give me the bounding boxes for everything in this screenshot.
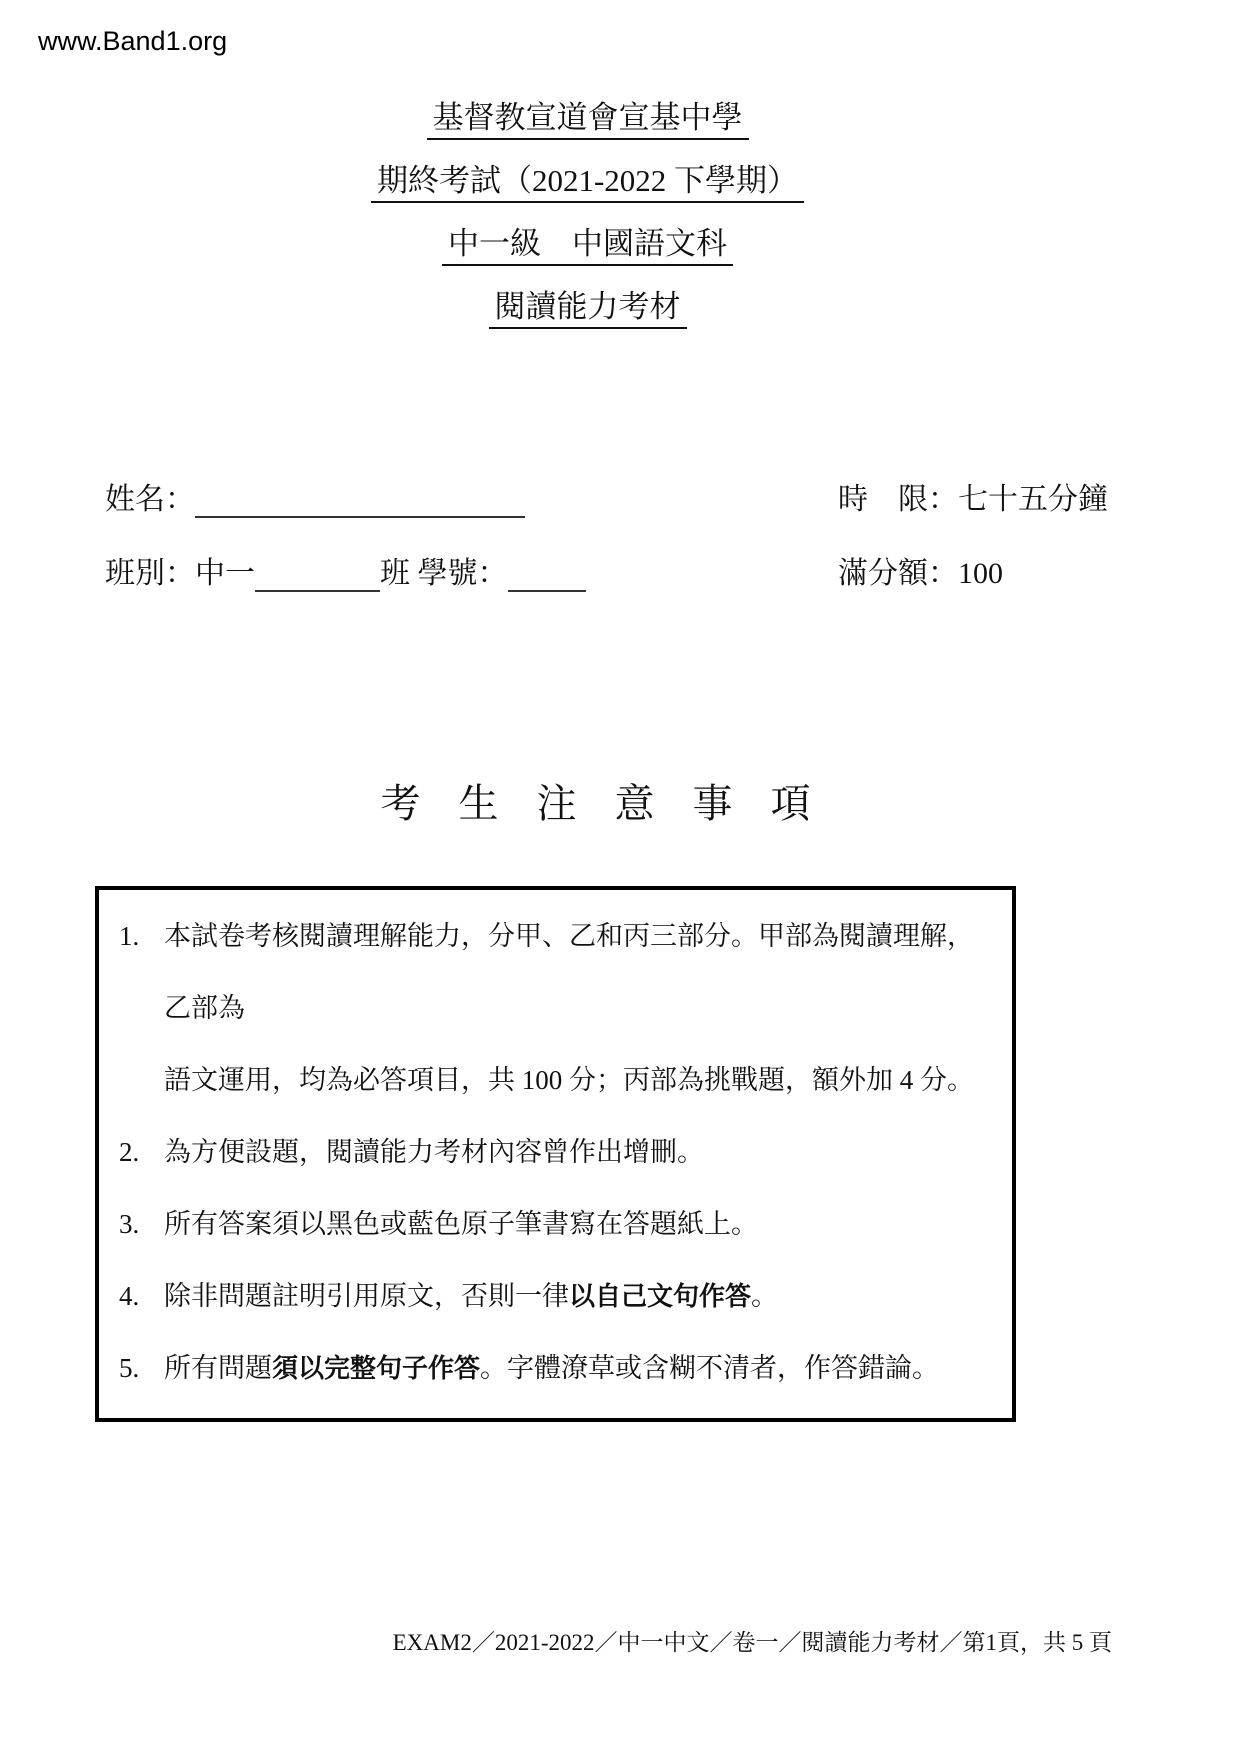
exam-session-line: 期終考試（2021-2022 下學期） <box>0 163 1175 203</box>
candidate-notes-heading: 考 生 注 意 事 項 <box>0 772 1205 829</box>
note-text: 所有答案須以黑色或藍色原子筆書寫在答題紙上。 <box>164 1209 758 1239</box>
paper-name: 閱讀能力考材 <box>489 289 687 329</box>
grade-subject-line: 中一級 中國語文科 <box>0 226 1175 266</box>
note-number: 3. <box>119 1188 164 1260</box>
student-no-blank-line <box>508 558 586 592</box>
note-text-bold: 以自己文句作答 <box>569 1281 751 1311</box>
name-label: 姓名： <box>105 483 195 516</box>
note-item: 5.所有問題須以完整句子作答。字體潦草或含糊不清者，作答錯論。 <box>99 1332 1012 1404</box>
name-field-row: 姓名： <box>105 474 525 518</box>
note-text: 除非問題註明引用原文，否則一律 <box>164 1281 569 1311</box>
name-blank-line <box>195 484 525 518</box>
student-no-label: 學號： <box>418 557 508 590</box>
school-name: 基督教宣道會宣基中學 <box>427 100 749 140</box>
time-limit-label: 時 限： <box>838 483 958 516</box>
note-item: 4.除非問題註明引用原文，否則一律以自己文句作答。 <box>99 1260 1012 1332</box>
site-watermark: www.Band1.org <box>38 26 227 57</box>
full-marks-label: 滿分額： <box>838 557 958 590</box>
notes-list: 1.本試卷考核閱讀理解能力，分甲、乙和丙三部分。甲部為閱讀理解，乙部為語文運用，… <box>99 900 1012 1404</box>
note-text: 為方便設題，閱讀能力考材內容曾作出增刪。 <box>164 1137 704 1167</box>
note-text: 所有問題 <box>164 1353 272 1383</box>
paper-name-line: 閱讀能力考材 <box>0 289 1175 329</box>
note-item: 3.所有答案須以黑色或藍色原子筆書寫在答題紙上。 <box>99 1188 1012 1260</box>
note-item: 2.為方便設題，閱讀能力考材內容曾作出增刪。 <box>99 1116 1012 1188</box>
note-number: 5. <box>119 1332 164 1404</box>
time-limit-value: 七十五分鐘 <box>958 483 1108 516</box>
page-footer: EXAM2／2021-2022／中一中文／卷一／閱讀能力考材／第1頁，共 5 頁 <box>393 1624 1112 1657</box>
note-text-bold: 須以完整句子作答 <box>272 1353 480 1383</box>
full-marks-value: 100 <box>958 557 1003 590</box>
note-number: 1. <box>119 900 164 972</box>
note-item: 1.本試卷考核閱讀理解能力，分甲、乙和丙三部分。甲部為閱讀理解，乙部為語文運用，… <box>99 900 1012 1116</box>
school-name-line: 基督教宣道會宣基中學 <box>0 100 1175 140</box>
class-field-row: 班別：中一班 學號： <box>105 548 586 592</box>
exam-cover-page: www.Band1.org 基督教宣道會宣基中學 期終考試（2021-2022 … <box>0 0 1240 1754</box>
exam-title-block: 基督教宣道會宣基中學 期終考試（2021-2022 下學期） 中一級 中國語文科… <box>0 100 1175 352</box>
note-text: 本試卷考核閱讀理解能力，分甲、乙和丙三部分。甲部為閱讀理解，乙部為 <box>164 921 974 1023</box>
note-text: 。 <box>751 1281 778 1311</box>
note-number: 2. <box>119 1116 164 1188</box>
note-number: 4. <box>119 1260 164 1332</box>
full-marks-row: 滿分額：100 <box>838 548 1003 592</box>
candidate-notes-box: 1.本試卷考核閱讀理解能力，分甲、乙和丙三部分。甲部為閱讀理解，乙部為語文運用，… <box>95 886 1016 1422</box>
class-blank-line <box>255 558 380 592</box>
class-suffix-label: 班 <box>380 557 418 590</box>
exam-session: 期終考試（2021-2022 下學期） <box>371 163 804 203</box>
time-limit-row: 時 限：七十五分鐘 <box>838 474 1108 518</box>
note-text: 語文運用，均為必答項目，共 100 分；丙部為挑戰題，額外加 4 分。 <box>164 1065 974 1095</box>
class-label: 班別：中一 <box>105 557 255 590</box>
grade-subject: 中一級 中國語文科 <box>442 226 733 266</box>
note-text: 。字體潦草或含糊不清者，作答錯論。 <box>480 1353 939 1383</box>
